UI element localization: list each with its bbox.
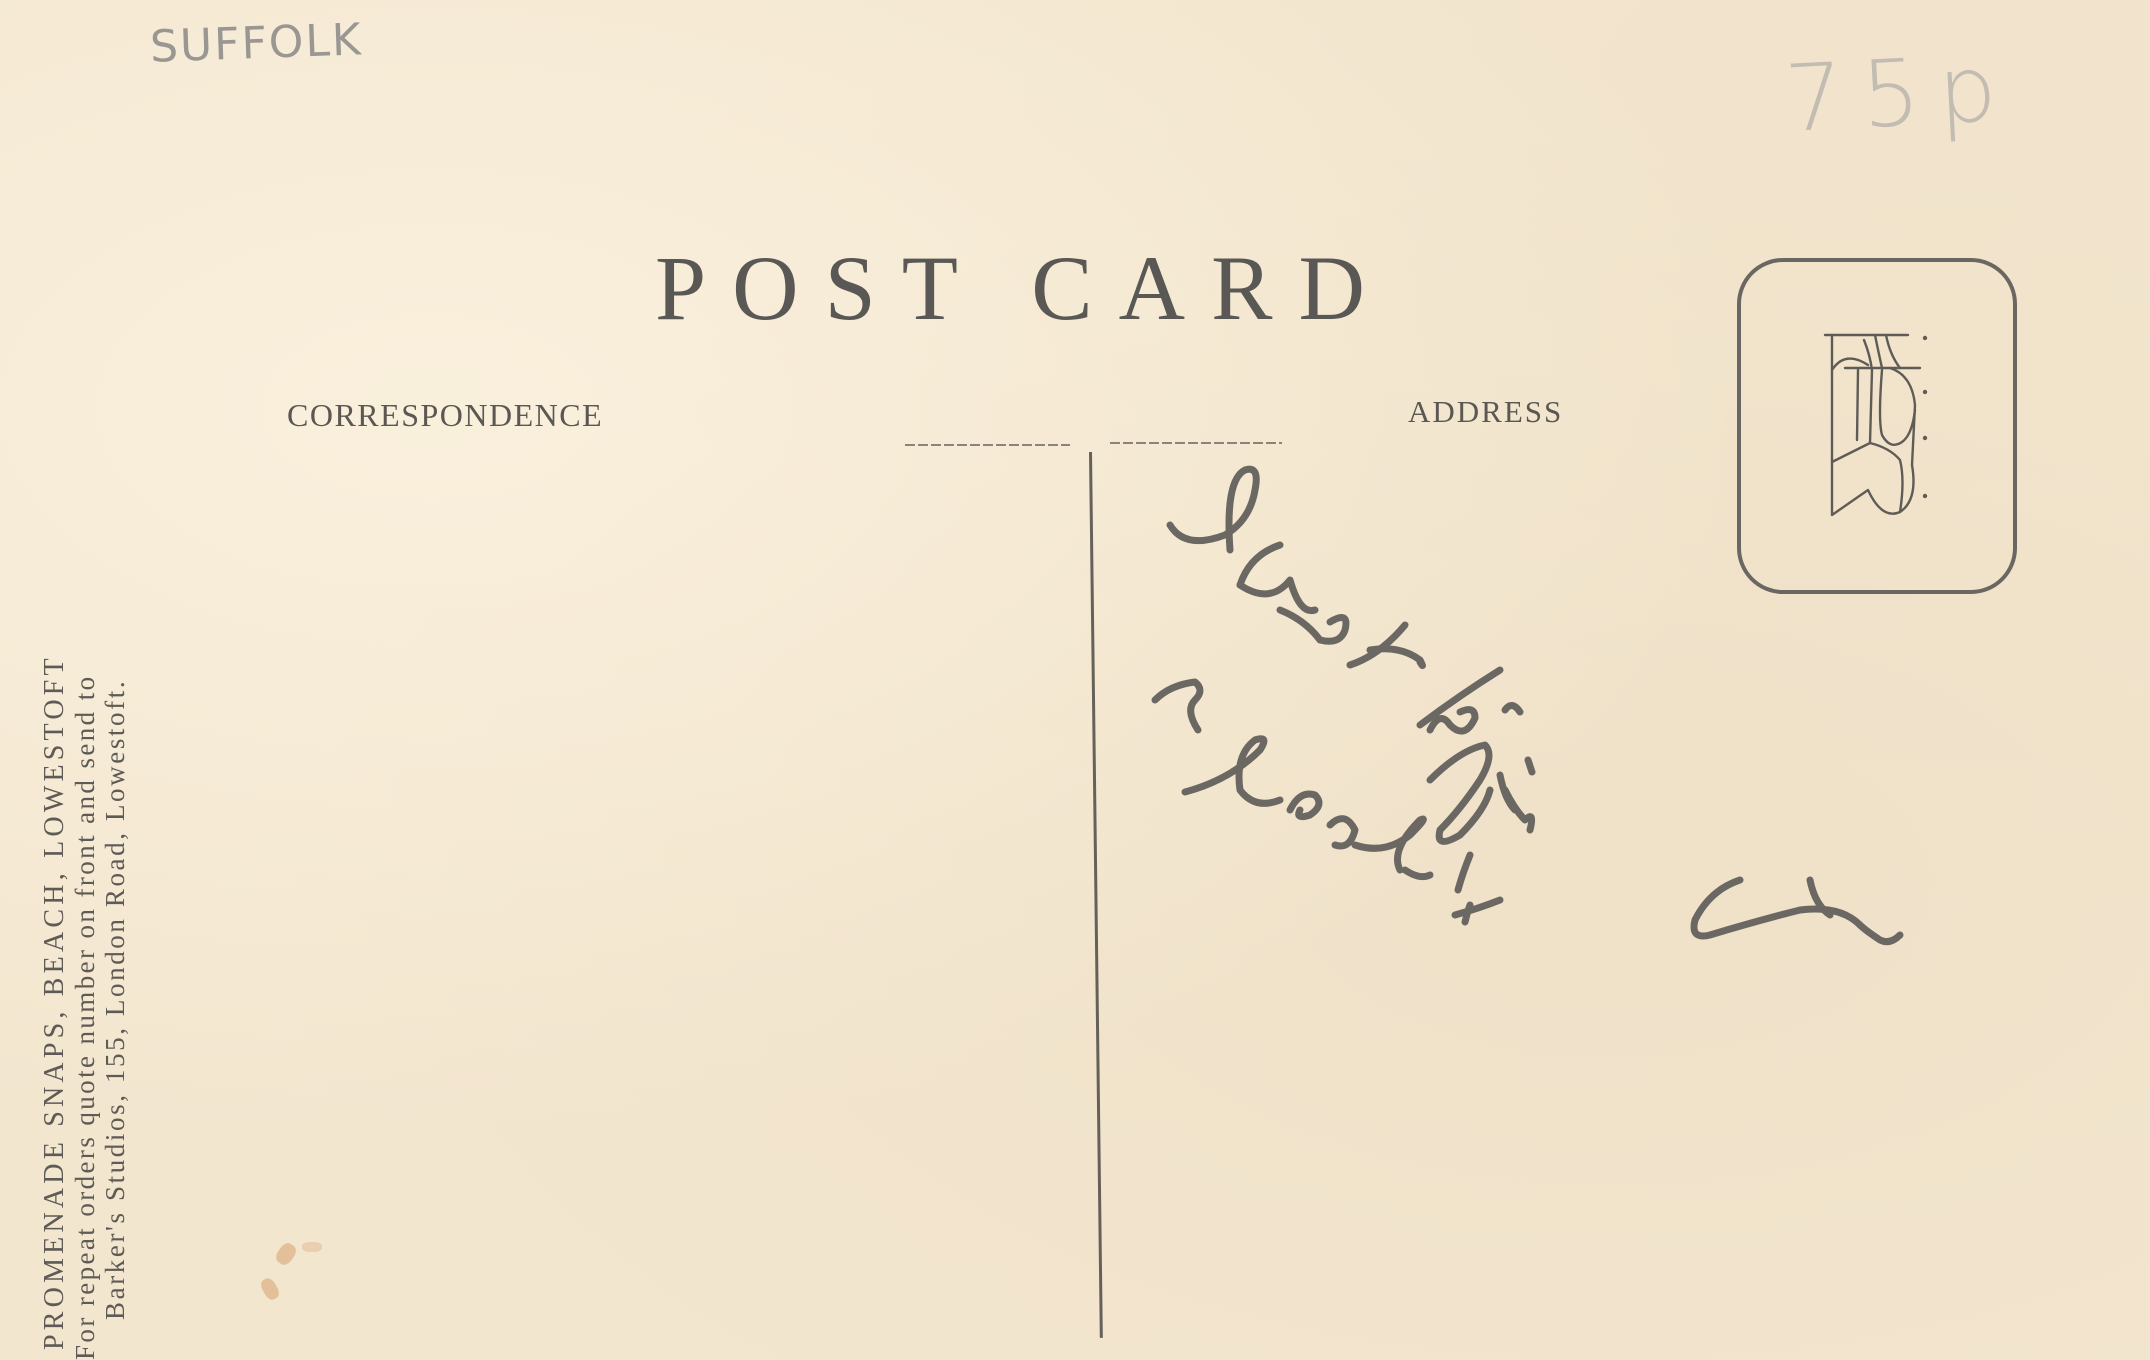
center-divider-line [1089,452,1103,1338]
foxing-stain [273,1240,299,1267]
publisher-imprint: PROMENADE SNAPS, BEACH, LOWESTOFT For re… [40,330,130,1360]
divider-cap-left [905,444,1070,446]
correspondence-label: CORRESPONDENCE [287,397,603,434]
imprint-line-2: For repeat orders quote number on front … [70,330,100,1360]
pencil-note-suffolk: SUFFOLK [149,14,363,72]
pencil-price-note: 75p [1782,34,2017,153]
address-label: ADDRESS [1408,394,1563,430]
divider-cap-right [1110,442,1282,444]
handwritten-message: Used to give you a look! [1140,450,1960,1050]
postcard-title: POST CARD [655,242,1391,334]
imprint-line-1: PROMENADE SNAPS, BEACH, LOWESTOFT [40,330,70,1360]
handwriting-strokes [1140,450,1960,1050]
imprint-line-3: Barker's Studios, 155, London Road, Lowe… [100,330,130,1360]
foxing-stain [302,1242,322,1252]
foxing-stain [258,1276,281,1302]
